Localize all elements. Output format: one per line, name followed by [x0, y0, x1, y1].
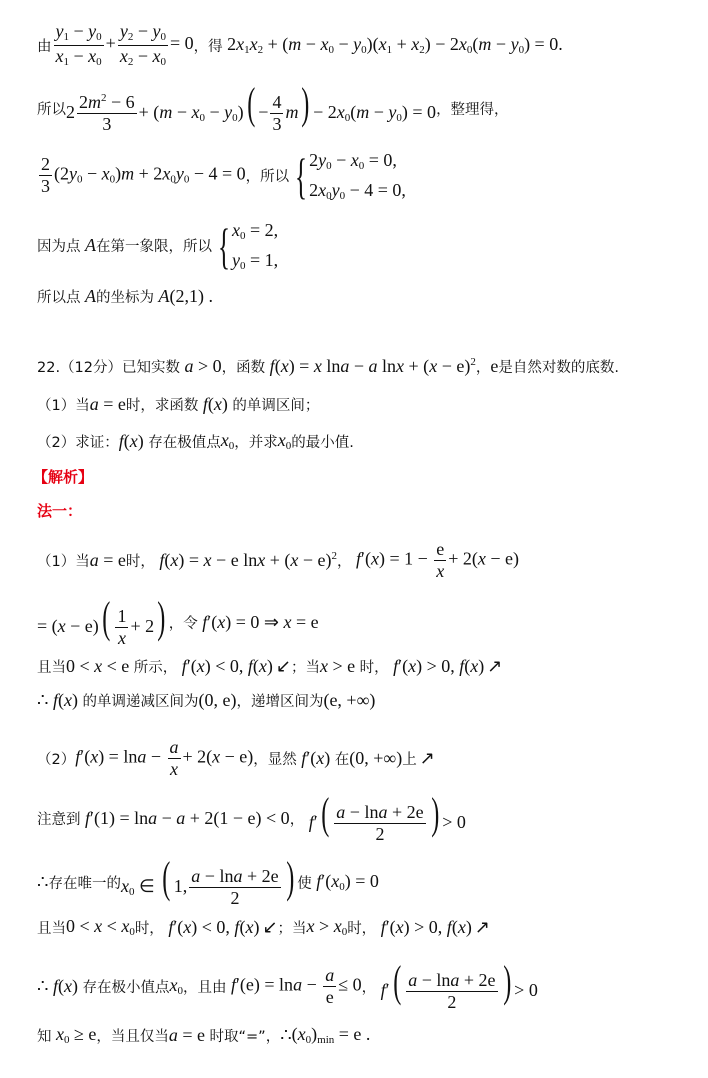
text: 所以: [37, 98, 66, 119]
text: ，令: [169, 612, 198, 633]
therefore-symbol: ∴: [280, 1025, 291, 1046]
therefore-symbol: ∴: [37, 976, 48, 997]
solution-2f: 知 x0 ≥ e ，当且仅当 a = e 时取 “=”， ∴ (x0)min =…: [37, 1024, 370, 1046]
question-22-stem: 22.（12分）已知实数 a > 0 ，函数 f(x) = x lna − a …: [37, 356, 619, 377]
text: 在第一象限，所以: [96, 235, 212, 256]
math-expression: y1 − y0x1 − x0+y2 − y0x2 − x0= 0: [52, 22, 194, 68]
text: ；当: [278, 917, 307, 938]
text: ，显然: [253, 748, 297, 769]
question-22-part-2: （2）求证： f(x) 存在极值点 x0 ，并求 x0 的最小值.: [37, 430, 354, 452]
text: ，并求: [234, 431, 278, 452]
text: （2）求证：: [37, 431, 119, 452]
text: ，当且仅当: [96, 1025, 169, 1046]
text: ，所以: [246, 165, 290, 186]
text: （1）当: [37, 550, 90, 571]
text: 的单调区间；: [232, 394, 319, 415]
brace: {: [295, 151, 307, 201]
text: ；当: [291, 656, 320, 677]
equation-system: x0 = 2, y0 = 1,: [232, 216, 278, 275]
text: ，递增区间为: [236, 690, 323, 711]
text: （1）当: [37, 394, 90, 415]
math-expression: = (x − e)(1x+ 2): [37, 596, 169, 648]
solution-2d: 且当 0 < x < x0 时， f′(x) < 0, f(x)↙ ；当 x >…: [37, 916, 490, 938]
text: ，得: [194, 35, 223, 56]
increasing-arrow-icon: ↗: [487, 656, 502, 677]
math-expression: f′(a − lna + 2e2)> 0: [376, 960, 538, 1012]
text: 注意到: [37, 808, 81, 829]
text: 是自然对数的底数.: [498, 356, 619, 377]
text: 所以点: [37, 286, 81, 307]
text: 时，: [360, 656, 389, 677]
decreasing-arrow-icon: ↙: [276, 656, 291, 677]
text: 时，求函数: [126, 394, 199, 415]
text: 所示，: [134, 656, 178, 677]
text: 22.（12分）已知实数: [37, 356, 180, 377]
solution-2a: （2） f′(x) = lna − ax+ 2(x − e) ，显然 f′(x)…: [37, 738, 435, 779]
math-expression: A(2,1) .: [154, 286, 213, 307]
text: 由: [37, 35, 52, 56]
text: 时取: [210, 1025, 239, 1046]
equation-line-2: 所以 22m2 − 63+ (m − x0 − y0)(−43m)− 2x0(m…: [37, 82, 509, 134]
equation-line-3: 23(2y0 − x0)m + 2x0y0 − 4 = 0 ，所以 { 2y0 …: [37, 146, 406, 205]
text: “=”，: [239, 1025, 281, 1046]
text: 存在极值点: [148, 431, 221, 452]
math-expression: f(x) = x lna − a lnx + (x − e)2: [265, 356, 476, 377]
text: 时，: [135, 917, 164, 938]
text: ，: [362, 976, 377, 997]
math-expression: f′(x) = lna − ax+ 2(x − e): [75, 738, 253, 779]
equation-line-4: 因为点 A 在第一象限，所以 { x0 = 2, y0 = 1,: [37, 216, 278, 275]
decreasing-arrow-icon: ↙: [262, 917, 277, 938]
text: 且当: [37, 917, 66, 938]
text: 存在极小值点: [82, 976, 169, 997]
math-expression: f′(1) = lna − a + 2(1 − e) < 0: [81, 808, 290, 829]
text: 且当: [37, 656, 66, 677]
solution-2c: ∴ 存在唯一的 x0 ∈ (1,a − lna + 2e2) 使 f′(x0) …: [37, 856, 379, 908]
math-expression: f′(a − lna + 2e2)> 0: [304, 792, 466, 844]
text: 的坐标为: [96, 286, 154, 307]
text: 在: [335, 748, 350, 769]
math-expression: 22m2 − 63+ (m − x0 − y0)(−43m)− 2x0(m − …: [66, 82, 436, 134]
solution-1c: 且当 0 < x < e 所示， f′(x) < 0, f(x)↙ ；当 x >…: [37, 656, 502, 677]
equation-line-1: 由 y1 − y0x1 − x0+y2 − y0x2 − x0= 0 ，得 2x…: [37, 22, 563, 68]
question-22-part-1: （1）当 a = e 时，求函数 f(x) 的单调区间；: [37, 394, 319, 415]
analysis-heading: 【解析】: [33, 466, 93, 487]
equation-system: 2y0 − x0 = 0, 2x0y0 − 4 = 0,: [309, 146, 406, 205]
math-expression: f′(x) = 1 − ex+ 2(x − e): [352, 540, 520, 581]
increasing-arrow-icon: ↗: [475, 917, 490, 938]
solution-2b: 注意到 f′(1) = lna − a + 2(1 − e) < 0 ， f′(…: [37, 792, 466, 844]
math-expression: 2x1x2 + (m − x0 − y0)(x1 + x2) − 2x0(m −…: [223, 34, 563, 56]
math-expression: f′(e) = lna − ae≤ 0: [226, 966, 361, 1007]
text: 上: [402, 748, 417, 769]
math-expression: f(x) = x − e lnx + (x − e)2: [155, 550, 337, 571]
text: 因为点: [37, 235, 81, 256]
text: 时，: [347, 917, 376, 938]
text: （2）: [37, 748, 75, 769]
equation-line-5: 所以点 A 的坐标为 A(2,1) .: [37, 286, 213, 307]
text: 存在唯一的: [48, 872, 121, 893]
solution-1d: ∴ f(x) 的单调递减区间为 (0, e) ，递增区间为 (e, +∞): [37, 690, 375, 711]
text: ，: [476, 356, 491, 377]
text: ，: [337, 550, 352, 571]
text: 时，: [126, 550, 155, 571]
solution-2e: ∴ f(x) 存在极小值点 x0 ，且由 f′(e) = lna − ae≤ 0…: [37, 960, 538, 1012]
text: ，函数: [222, 356, 266, 377]
text: 使: [297, 872, 312, 893]
therefore-symbol: ∴: [37, 872, 48, 893]
math-expression: x0 ∈ (1,a − lna + 2e2): [121, 856, 297, 908]
text: 知: [37, 1025, 52, 1046]
math-expression: 23(2y0 − x0)m + 2x0y0 − 4 = 0: [37, 155, 246, 196]
solution-1a: （1）当 a = e 时， f(x) = x − e lnx + (x − e)…: [37, 540, 519, 581]
text: ，: [290, 808, 305, 829]
brace: {: [218, 221, 230, 271]
increasing-arrow-icon: ↗: [420, 748, 435, 769]
therefore-symbol: ∴: [37, 690, 48, 711]
method-one-heading: 法一：: [37, 500, 82, 521]
text: 的单调递减区间为: [82, 690, 198, 711]
text: 的最小值.: [291, 431, 354, 452]
text: ，且由: [183, 976, 227, 997]
solution-1b: = (x − e)(1x+ 2) ，令 f′(x) = 0 ⇒ x = e: [37, 596, 319, 648]
text: ，整理得，: [436, 98, 509, 119]
